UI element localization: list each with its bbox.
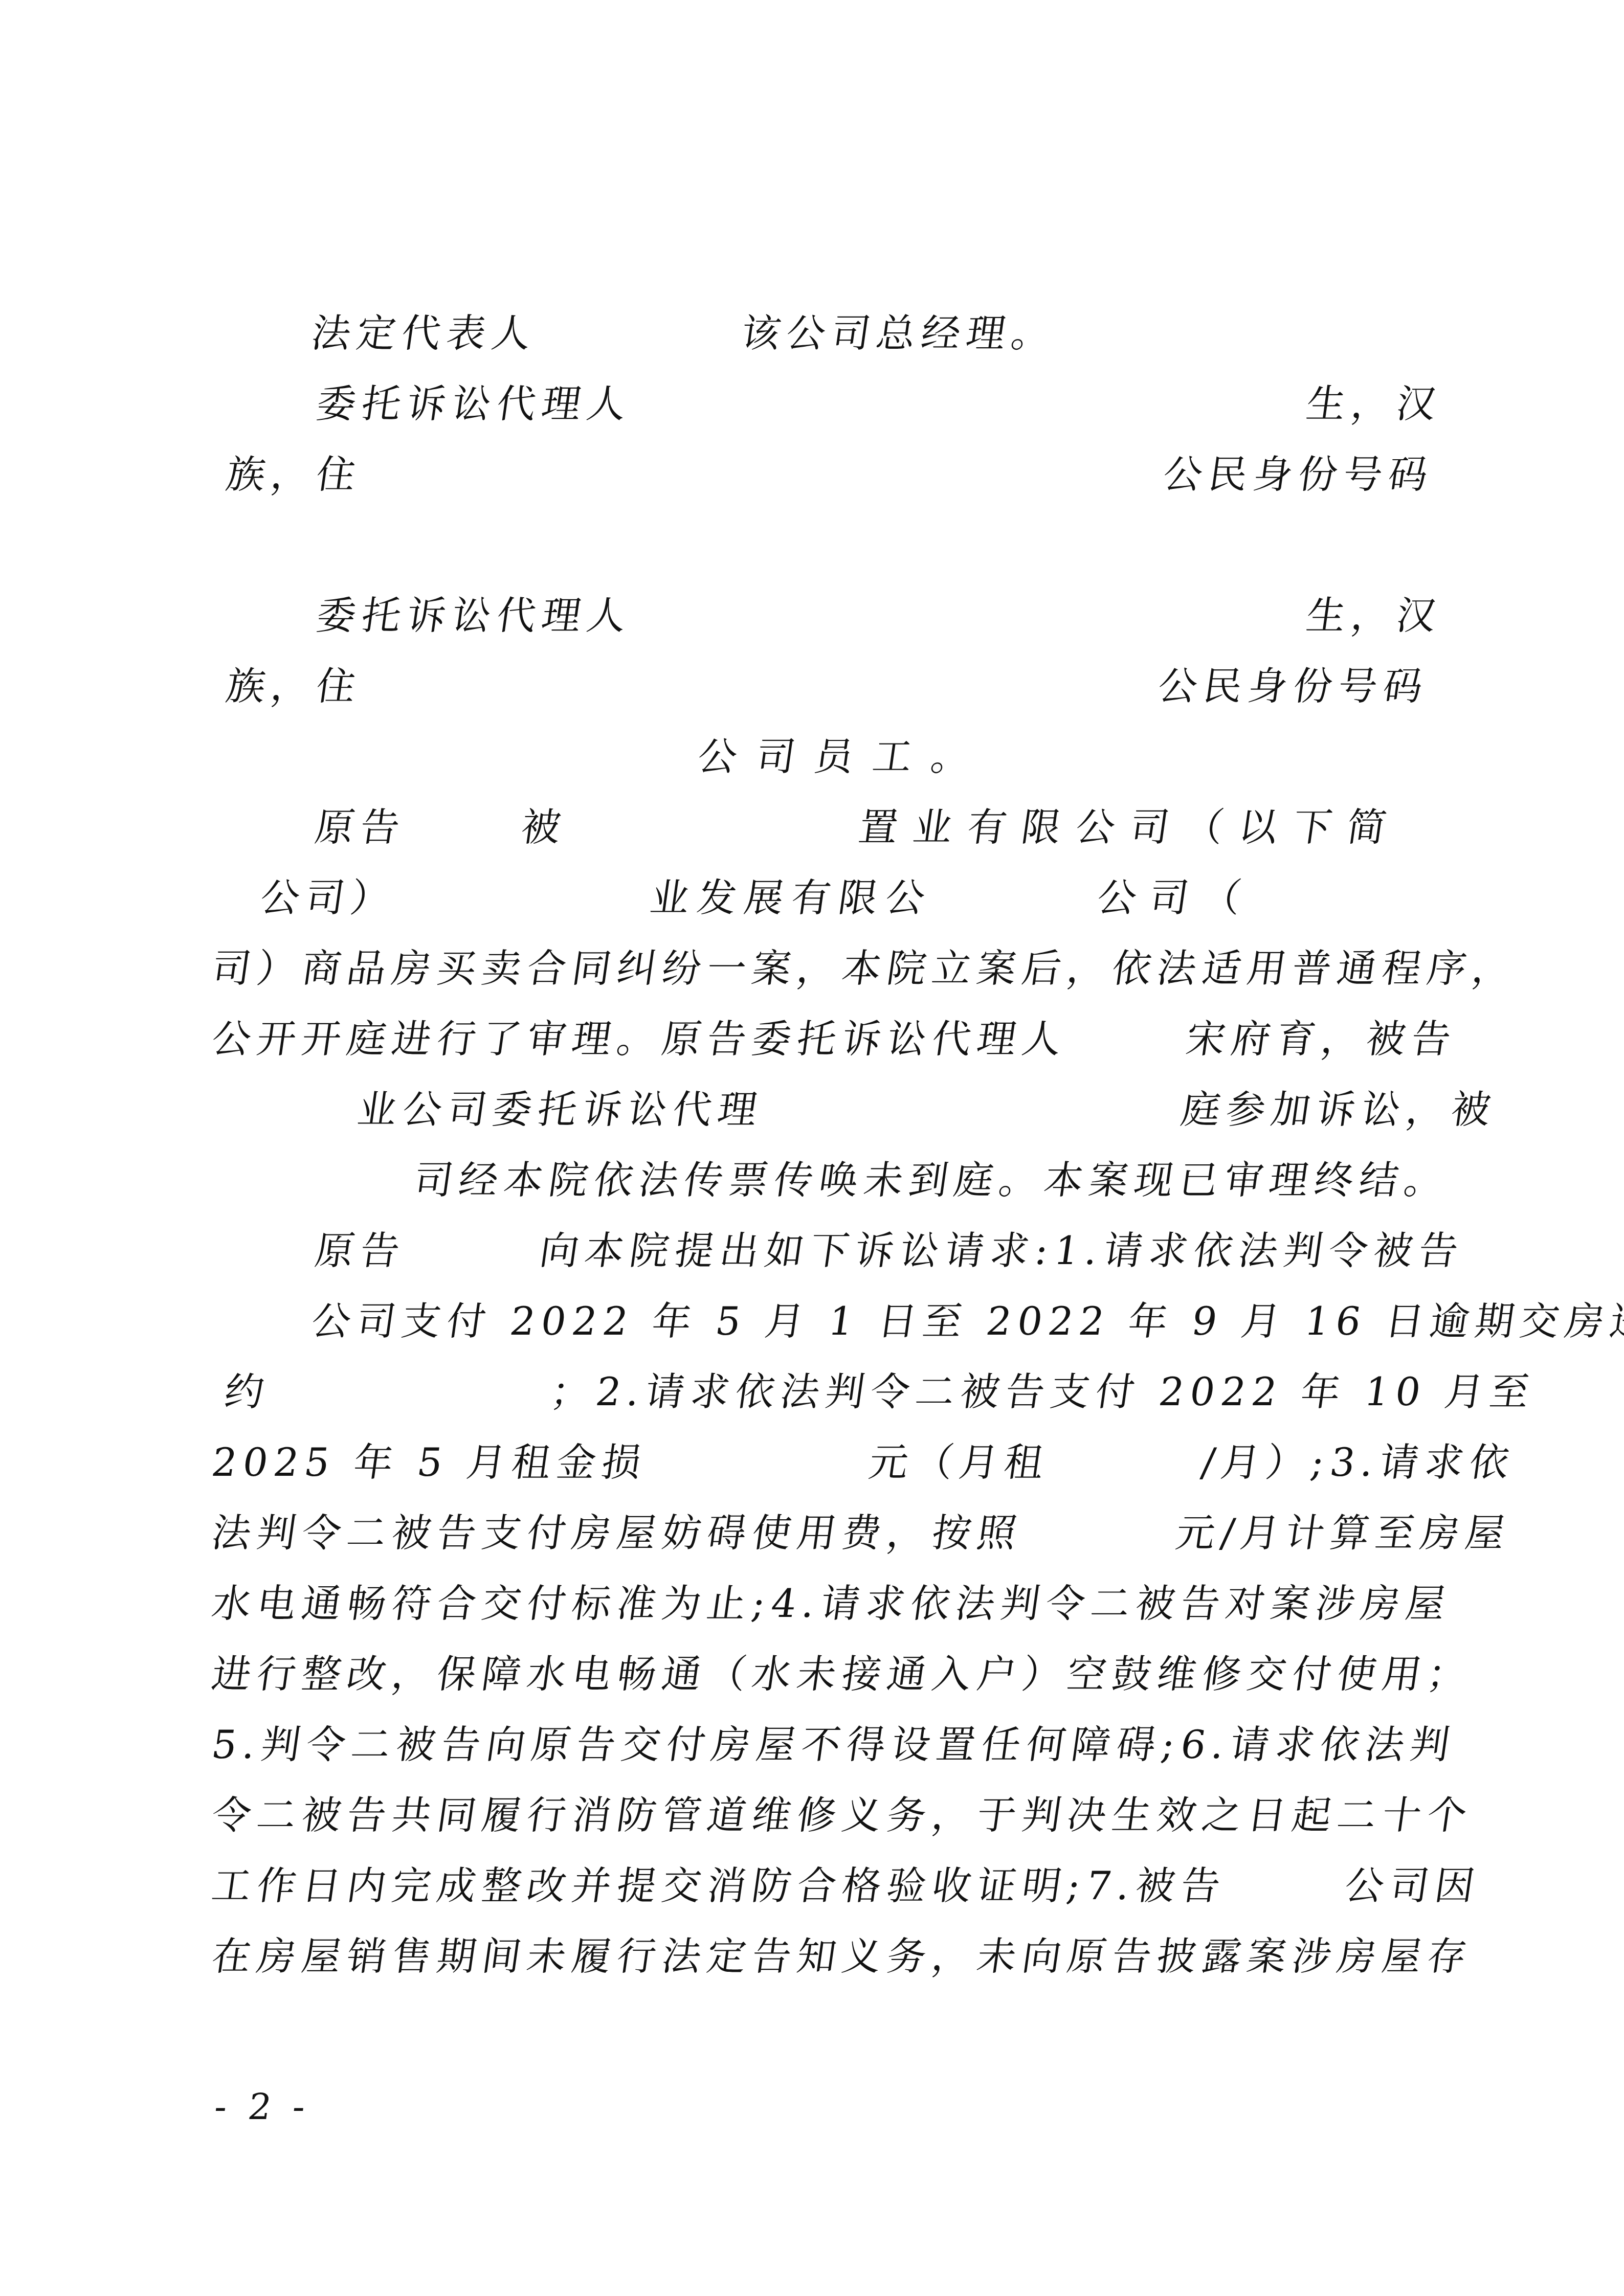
text-fragment: 司经本院依法传票传唤未到庭。本案现已审理终结。 [409, 1145, 1454, 1215]
document-line: 族，住公民身份号码 [0, 651, 1624, 722]
text-fragment: 原告 [310, 792, 410, 863]
document-line: 约；2.请求依法判令二被告支付 2022 年 10 月至 [0, 1357, 1624, 1427]
document-line: 2025 年 5 月租金损元（月租/月）;3.请求依 [0, 1427, 1624, 1498]
text-fragment: 公司员工。 [693, 722, 994, 792]
document-line: 公司）业发展有限公公司（ [0, 863, 1624, 933]
text-fragment: 令二被告共同履行消防管道维修义务，于判决生效之日起二十个 [207, 1780, 1477, 1851]
document-line: 司经本院依法传票传唤未到庭。本案现已审理终结。 [0, 1145, 1624, 1215]
text-fragment: 委托诉讼代理人 [312, 580, 637, 651]
text-fragment: 委托诉讼代理人 [312, 369, 637, 439]
text-fragment: /月）;3.请求依 [1197, 1427, 1520, 1498]
document-line: 公司员工。 [0, 722, 1624, 792]
document-line: 业公司委托诉讼代理庭参加诉讼，被 [0, 1074, 1624, 1145]
text-fragment: 在房屋销售期间未履行法定告知义务，未向原告披露案涉房屋存 [207, 1921, 1477, 1992]
text-fragment: 水电通畅符合交付标准为止;4.请求依法判令二被告对案涉房屋 [207, 1568, 1456, 1639]
text-fragment: 公民身份号码 [1159, 439, 1438, 510]
text-fragment: 元（月租 [864, 1427, 1054, 1498]
document-line: 司）商品房买卖合同纠纷一案，本院立案后，依法适用普通程序， [0, 933, 1624, 1004]
text-fragment: 生，汉 [1302, 580, 1447, 651]
text-fragment: 工作日内完成整改并提交消防合格验收证明;7.被告 [207, 1851, 1231, 1921]
text-fragment: 族，住 [221, 439, 366, 510]
document-line: 原告被置业有限公司（以下简 [0, 792, 1624, 863]
text-fragment: 公司支付 2022 年 5 月 1 日至 2022 年 9 月 16 日逾期交房… [307, 1286, 1624, 1357]
document-line: 委托诉讼代理人生，汉 [0, 580, 1624, 651]
document-line: 令二被告共同履行消防管道维修义务，于判决生效之日起二十个 [0, 1780, 1624, 1851]
text-fragment: 向本院提出如下诉讼请求:1.请求依法判令被告 [535, 1215, 1469, 1286]
text-fragment: 族，住 [221, 651, 366, 722]
document-line: 水电通畅符合交付标准为止;4.请求依法判令二被告对案涉房屋 [0, 1568, 1624, 1639]
text-fragment: 公开开庭进行了审理。原告委托诉讼代理人 [207, 1004, 1072, 1074]
text-fragment: 公司（ [1093, 863, 1259, 933]
text-fragment: 5.判令二被告向原告交付房屋不得设置任何障碍;6.请求依法判 [207, 1709, 1460, 1780]
text-fragment: 被 [517, 792, 571, 863]
document-line [0, 510, 1624, 580]
text-fragment: 置业有限公司（以下简 [854, 792, 1406, 863]
text-fragment: 业公司委托诉讼代理 [353, 1074, 768, 1145]
document-line: 法判令二被告支付房屋妨碍使用费，按照元/月计算至房屋 [0, 1498, 1624, 1568]
document-line: 公司支付 2022 年 5 月 1 日至 2022 年 9 月 16 日逾期交房… [0, 1286, 1624, 1357]
document-line: 法定代表人该公司总经理。 [0, 298, 1624, 369]
text-fragment: 约 [220, 1357, 275, 1427]
document-line: 进行整改，保障水电畅通（水未接通入户）空鼓维修交付使用； [0, 1639, 1624, 1709]
text-fragment: 公司因 [1340, 1851, 1485, 1921]
text-fragment: 生，汉 [1302, 369, 1447, 439]
text-fragment: 法定代表人 [307, 298, 542, 369]
text-fragment: 司）商品房买卖合同纠纷一案，本院立案后，依法适用普通程序， [207, 933, 1522, 1004]
document-line: 公开开庭进行了审理。原告委托诉讼代理人宋府育，被告 [0, 1004, 1624, 1074]
text-fragment: 法判令二被告支付房屋妨碍使用费，按照 [207, 1498, 1027, 1568]
document-line: 原告向本院提出如下诉讼请求:1.请求依法判令被告 [0, 1215, 1624, 1286]
document-line: 5.判令二被告向原告交付房屋不得设置任何障碍;6.请求依法判 [0, 1709, 1624, 1780]
document-page: 法定代表人该公司总经理。委托诉讼代理人生，汉族，住公民身份号码委托诉讼代理人生，… [0, 0, 1624, 2296]
text-fragment: 宋府育，被告 [1182, 1004, 1461, 1074]
document-line: 工作日内完成整改并提交消防合格验收证明;7.被告公司因 [0, 1851, 1624, 1921]
text-fragment: 进行整改，保障水电畅通（水未接通入户）空鼓维修交付使用； [207, 1639, 1477, 1709]
text-fragment: 庭参加诉讼，被 [1176, 1074, 1501, 1145]
text-fragment: 该公司总经理。 [737, 298, 1061, 369]
text-fragment: 业发展有限公 [646, 863, 938, 933]
text-fragment: ；2.请求依法判令二被告支付 2022 年 10 月至 [546, 1357, 1540, 1427]
text-fragment: 公司） [256, 863, 401, 933]
text-fragment: 公民身份号码 [1153, 651, 1433, 722]
document-line: 委托诉讼代理人生，汉 [0, 369, 1624, 439]
page-number: - 2 - [212, 2089, 313, 2125]
text-fragment: 原告 [310, 1215, 410, 1286]
document-line: 族，住公民身份号码 [0, 439, 1624, 510]
document-line: 在房屋销售期间未履行法定告知义务，未向原告披露案涉房屋存 [0, 1921, 1624, 1992]
text-fragment: 2025 年 5 月租金损 [207, 1427, 652, 1498]
text-fragment: 元/月计算至房屋 [1171, 1498, 1516, 1568]
